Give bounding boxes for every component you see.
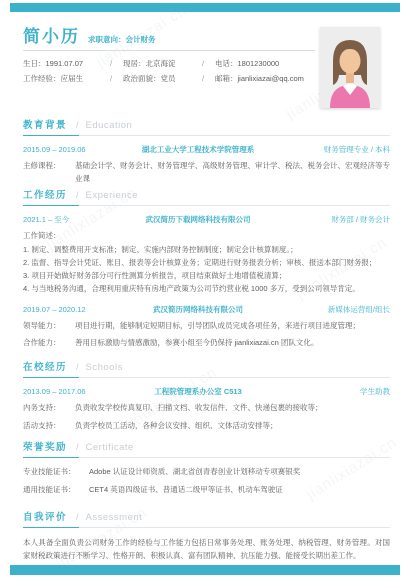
school-office: 工程院管理系办公室 C513 <box>118 386 278 397</box>
info-separator: / <box>202 59 215 68</box>
education-school: 湖北工业大学工程技术学院管理系 <box>118 144 278 155</box>
info-birthday: 生日：1991.07.07 <box>23 58 110 69</box>
section-title-separator: / <box>76 362 79 372</box>
section-underline <box>23 205 390 206</box>
bottom-accent-bar <box>10 565 400 575</box>
job-period: 2021.1 – 至今 <box>23 214 118 225</box>
info-separator: / <box>110 59 123 68</box>
top-accent-bar <box>10 3 400 12</box>
profile-photo <box>320 27 380 108</box>
job-duty-item: 1. 制定、调整费用开支标准；制定、实施内部财务控制制度；制定会计核算制度。； <box>23 243 390 256</box>
info-political-status: 政治面貌：党员 <box>123 73 202 84</box>
job-duty-item: 4. 与当地税务沟通，合理利用重庆特有房地产政策为公司节约营业税 1000 多万… <box>23 282 390 295</box>
section-title-cn: 教育背景 <box>23 117 67 131</box>
job-period: 2019.07 – 2020.12 <box>23 305 118 314</box>
job-intent: 求职意向：会计财务 <box>88 34 156 45</box>
school-support-row: 活动支持： 负责学校员工活动，各种会议安排、组织、文体活动安排等； <box>23 420 390 433</box>
job-title: 新媒体运营组/组长 <box>278 304 390 315</box>
section-title-en: Experience <box>86 190 139 201</box>
self-assessment-text: 本人具备全面负责公司财务工作的经验与工作能力包括日常事务处理、账务处理、纳税管理… <box>23 536 390 562</box>
personal-info-row-2: 工作经验：应届生 / 政治面貌：党员 / 邮箱：jianlixiazai@qq.… <box>23 73 313 84</box>
section-title-separator: / <box>76 190 79 200</box>
school-entry-meta: 2013.09 – 2017.06 工程院管理系办公室 C513 学生助教 <box>23 386 390 397</box>
job-skill-row: 合作能力： 善用目标激励与情感激励，参赛小组至今仍保持 jianlixiazai… <box>23 337 390 350</box>
section-title-en: Certificate <box>86 442 134 453</box>
section-title-separator: / <box>76 442 79 452</box>
section-underline <box>23 527 390 528</box>
section-title-cn: 在校经历 <box>23 359 67 373</box>
row-label: 合作能力： <box>23 337 75 350</box>
job-company: 武汉简历网络科技有限公司 <box>118 304 278 315</box>
section-title-en: Assessment <box>86 512 143 523</box>
section-title-cn: 工作经历 <box>23 187 67 201</box>
info-phone: 电话：1801230000 <box>215 58 279 69</box>
section-header: 教育背景 / Education <box>23 117 390 131</box>
info-email: 邮箱：jianlixiazai@qq.com <box>215 73 304 84</box>
row-text: 负责收发学校传真复印、扫描文档、收发信件、文件、快递包裹的接收等； <box>75 402 390 415</box>
row-text: 负责学校员工活动，各种会议安排、组织、文体活动安排等； <box>75 420 390 433</box>
info-separator: / <box>202 74 215 83</box>
info-location: 现居：北京海淀 <box>123 58 202 69</box>
job-duties-list: 1. 制定、调整费用开支标准；制定、实施内部财务控制制度；制定会计核算制度。； … <box>23 243 390 295</box>
job-entry-meta: 2019.07 – 2020.12 武汉简历网络科技有限公司 新媒体运营组/组长 <box>23 304 390 315</box>
row-text: Adobe 认证设计师资质、湖北省创青春创业计划移动专项赛银奖 <box>89 466 390 479</box>
section-education: 教育背景 / Education 2015.09 – 2019.06 湖北工业大… <box>23 117 390 185</box>
section-title-cn: 荣誉奖励 <box>23 439 67 453</box>
education-period: 2015.09 – 2019.06 <box>23 145 118 154</box>
award-row: 通用技能证书： CET4 英语四级证书、普通话二级甲等证书、机动车驾驶证 <box>23 484 390 497</box>
section-header: 工作经历 / Experience <box>23 187 390 201</box>
job-skill-row: 领导能力： 项目进行期，能够制定短期目标，引导团队成员完成各项任务，来进行项目进… <box>23 320 390 333</box>
section-self-assessment: 自我评价 / Assessment 本人具备全面负责公司财务工作的经验与工作能力… <box>23 509 390 562</box>
row-label: 专业技能证书： <box>23 466 89 479</box>
school-support-row: 内务支持： 负责收发学校传真复印、扫描文档、收发信件、文件、快递包裹的接收等； <box>23 402 390 415</box>
info-experience: 工作经验：应届生 <box>23 73 110 84</box>
award-row: 专业技能证书： Adobe 认证设计师资质、湖北省创青春创业计划移动专项赛银奖 <box>23 466 390 479</box>
row-text: 基础会计学、财务会计、财务管理学、高级财务管理、审计学、税法、税务会计、宏观经济… <box>75 160 390 185</box>
row-label: 内务支持： <box>23 402 75 415</box>
candidate-name: 简小历 <box>23 22 80 47</box>
job-duty-item: 3. 项目开始做好财务部分可行性测算分析报告，项目结束做好土地增值税清算； <box>23 269 390 282</box>
row-text: CET4 英语四级证书、普通话二级甲等证书、机动车驾驶证 <box>89 484 390 497</box>
job-title: 财务部 / 财务会计 <box>278 214 390 225</box>
section-title-separator: / <box>76 120 79 130</box>
section-header: 自我评价 / Assessment <box>23 509 390 523</box>
section-title-en: Schools <box>86 362 123 373</box>
job-duty-item: 2. 监督、指导会计凭证、账目、报表等会计核算业务；定期进行财务报表分析；审核、… <box>23 256 390 269</box>
section-header: 荣誉奖励 / Certificate <box>23 439 390 453</box>
row-label: 主修课程： <box>23 160 75 185</box>
school-period: 2013.09 – 2017.06 <box>23 387 118 396</box>
section-header: 在校经历 / Schools <box>23 359 390 373</box>
section-title-cn: 自我评价 <box>23 509 67 523</box>
job-summary-label-row: 工作简述： <box>23 230 390 243</box>
row-text: 善用目标激励与情感激励，参赛小组至今仍保持 jianlixiazai.cn 团队… <box>75 337 390 350</box>
school-role: 学生助教 <box>278 386 390 397</box>
job-company: 武汉简历下载网络科技有限公司 <box>118 214 278 225</box>
education-courses-row: 主修课程： 基础会计学、财务会计、财务管理学、高级财务管理、审计学、税法、税务会… <box>23 160 390 185</box>
row-label: 通用技能证书： <box>23 484 89 497</box>
info-separator: / <box>110 74 123 83</box>
education-major-degree: 财务管理专业 / 本科 <box>278 144 390 155</box>
job-entry-meta: 2021.1 – 至今 武汉简历下载网络科技有限公司 财务部 / 财务会计 <box>23 214 390 225</box>
row-label: 活动支持： <box>23 420 75 433</box>
row-text: 项目进行期，能够制定短期目标，引导团队成员完成各项任务，来进行项目进度管理； <box>75 320 390 333</box>
section-work-experience: 工作经历 / Experience 2021.1 – 至今 武汉简历下载网络科技… <box>23 187 390 350</box>
section-underline <box>23 377 390 378</box>
header-divider <box>23 50 315 51</box>
row-label: 领导能力： <box>23 320 75 333</box>
section-awards: 荣誉奖励 / Certificate 专业技能证书： Adobe 认证设计师资质… <box>23 439 390 496</box>
section-underline <box>23 457 390 458</box>
section-underline <box>23 135 390 136</box>
section-title-separator: / <box>76 512 79 522</box>
female-avatar-illustration <box>320 27 380 108</box>
row-label: 工作简述： <box>23 230 75 243</box>
education-entry-meta: 2015.09 – 2019.06 湖北工业大学工程技术学院管理系 财务管理专业… <box>23 144 390 155</box>
personal-info-row-1: 生日：1991.07.07 / 现居：北京海淀 / 电话：1801230000 <box>23 58 313 69</box>
section-school-experience: 在校经历 / Schools 2013.09 – 2017.06 工程院管理系办… <box>23 359 390 432</box>
section-title-en: Education <box>86 120 133 131</box>
